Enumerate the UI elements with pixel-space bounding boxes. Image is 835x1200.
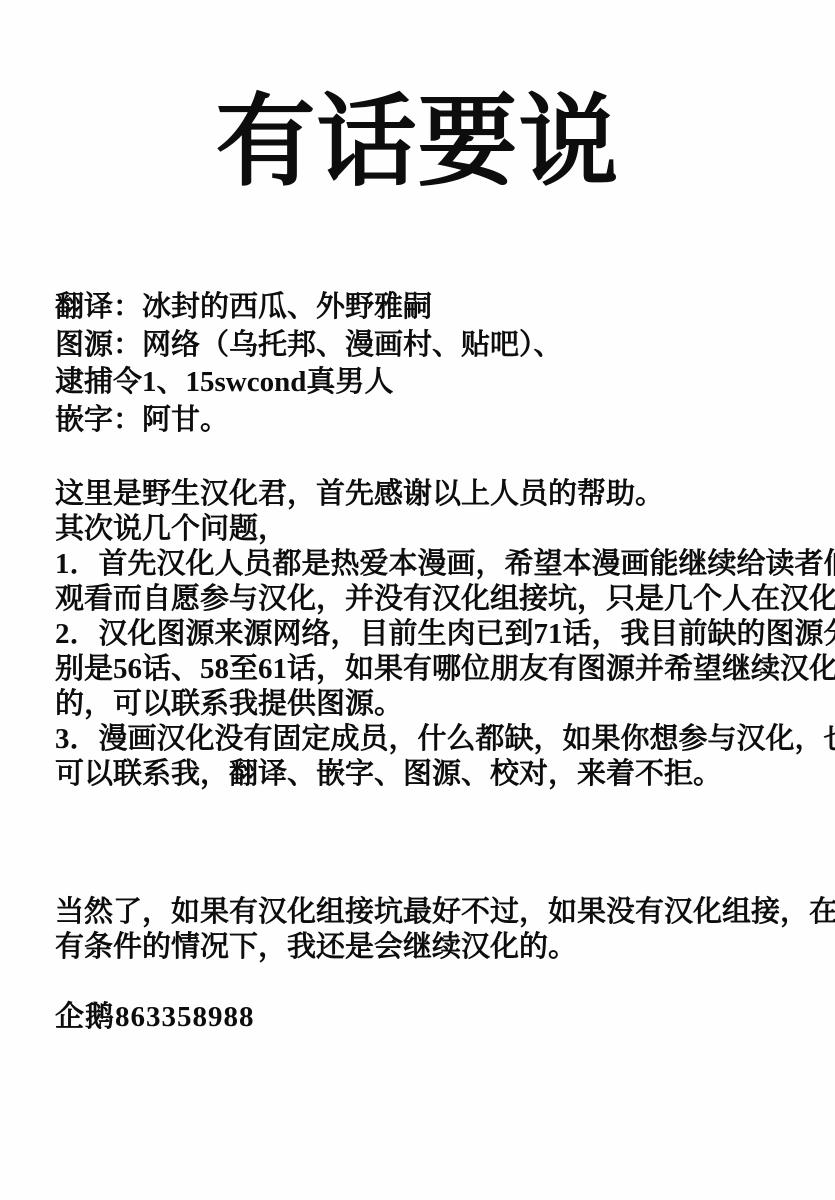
- page-title: 有话要说: [0, 88, 835, 198]
- body-line: 别是56话、58至61话，如果有哪位朋友有图源并希望继续汉化: [55, 652, 831, 687]
- scanlation-notes-page: 有话要说 翻译：冰封的西瓜、外野雅嗣图源：网络（乌托邦、漫画村、贴吧）、逮捕令1…: [0, 0, 835, 1200]
- body-line: 其次说几个问题，: [55, 512, 831, 547]
- closing-remark-block: 当然了，如果有汉化组接坑最好不过，如果没有汉化组接，在有条件的情况下，我还是会继…: [55, 895, 825, 965]
- contact-qq: 企鹅863358988: [55, 1000, 255, 1035]
- body-line: 1．首先汉化人员都是热爱本漫画，希望本漫画能继续给读者们: [55, 547, 831, 582]
- closing-line: 当然了，如果有汉化组接坑最好不过，如果没有汉化组接，在: [55, 895, 825, 930]
- credits-line: 翻译：冰封的西瓜、外野雅嗣: [55, 289, 825, 327]
- credits-line: 图源：网络（乌托邦、漫画村、贴吧）、: [55, 327, 825, 365]
- closing-line: 有条件的情况下，我还是会继续汉化的。: [55, 930, 825, 965]
- notes-body-block: 这里是野生汉化君，首先感谢以上人员的帮助。其次说几个问题，1．首先汉化人员都是热…: [55, 477, 831, 792]
- credits-line: 逮捕令1、15swcond真男人: [55, 364, 825, 402]
- body-line: 3．漫画汉化没有固定成员，什么都缺，如果你想参与汉化，也: [55, 722, 831, 757]
- body-line: 这里是野生汉化君，首先感谢以上人员的帮助。: [55, 477, 831, 512]
- body-line: 的，可以联系我提供图源。: [55, 687, 831, 722]
- body-line: 可以联系我，翻译、嵌字、图源、校对，来着不拒。: [55, 757, 831, 792]
- credits-line: 嵌字：阿甘。: [55, 402, 825, 440]
- credits-block: 翻译：冰封的西瓜、外野雅嗣图源：网络（乌托邦、漫画村、贴吧）、逮捕令1、15sw…: [55, 289, 825, 439]
- body-line: 2．汉化图源来源网络，目前生肉已到71话，我目前缺的图源分: [55, 617, 831, 652]
- body-line: 观看而自愿参与汉化，并没有汉化组接坑，只是几个人在汉化。: [55, 582, 831, 617]
